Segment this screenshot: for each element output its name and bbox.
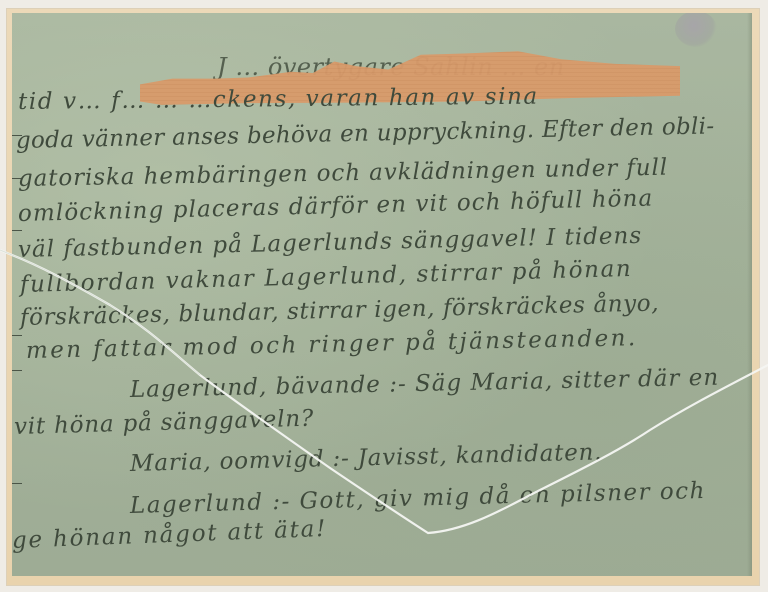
paper-shadow-edge xyxy=(747,13,752,576)
text-line-3: gatoriska hembäringen och avklädningen u… xyxy=(18,155,668,192)
text-line-7: förskräckes, blundar, stirrar igen, förs… xyxy=(20,291,660,331)
text-line-9: Lagerlund, bävande :- Säg Maria, sitter … xyxy=(130,365,720,403)
margin-tick xyxy=(12,335,22,336)
margin-tick xyxy=(12,370,22,371)
text-line-11: Maria, oomvigd :- Javisst, kandidaten. xyxy=(130,439,603,477)
margin-tick xyxy=(12,483,22,484)
margin-tick xyxy=(12,230,22,231)
text-line-1: tid v… f… … …ckens, varan han av sina xyxy=(18,84,539,115)
text-line-10: vit höna på sänggaveln? xyxy=(14,406,315,440)
text-line-12: Lagerlund :- Gott, giv mig då en pilsner… xyxy=(130,478,707,519)
text-line-13: ge hönan något att äta! xyxy=(12,516,328,554)
text-line-5: väl fastbunden på Lagerlunds sänggavel! … xyxy=(18,223,643,263)
text-line-6: fullbordan vaknar Lagerlund, stirrar på … xyxy=(20,256,633,298)
text-line-8: men fattar mod och ringer på tjänsteande… xyxy=(26,325,638,364)
text-line-2: goda vänner anses behöva en uppryckning.… xyxy=(16,113,715,154)
ink-stamp-icon xyxy=(675,13,717,47)
text-line-4: omlöckning placeras därför en vit och hö… xyxy=(18,185,654,227)
letter-paper: J … övertygare Sahlin … en tid v… f… … …… xyxy=(12,13,752,576)
framed-letter-photo: J … övertygare Sahlin … en tid v… f… … …… xyxy=(0,0,768,592)
